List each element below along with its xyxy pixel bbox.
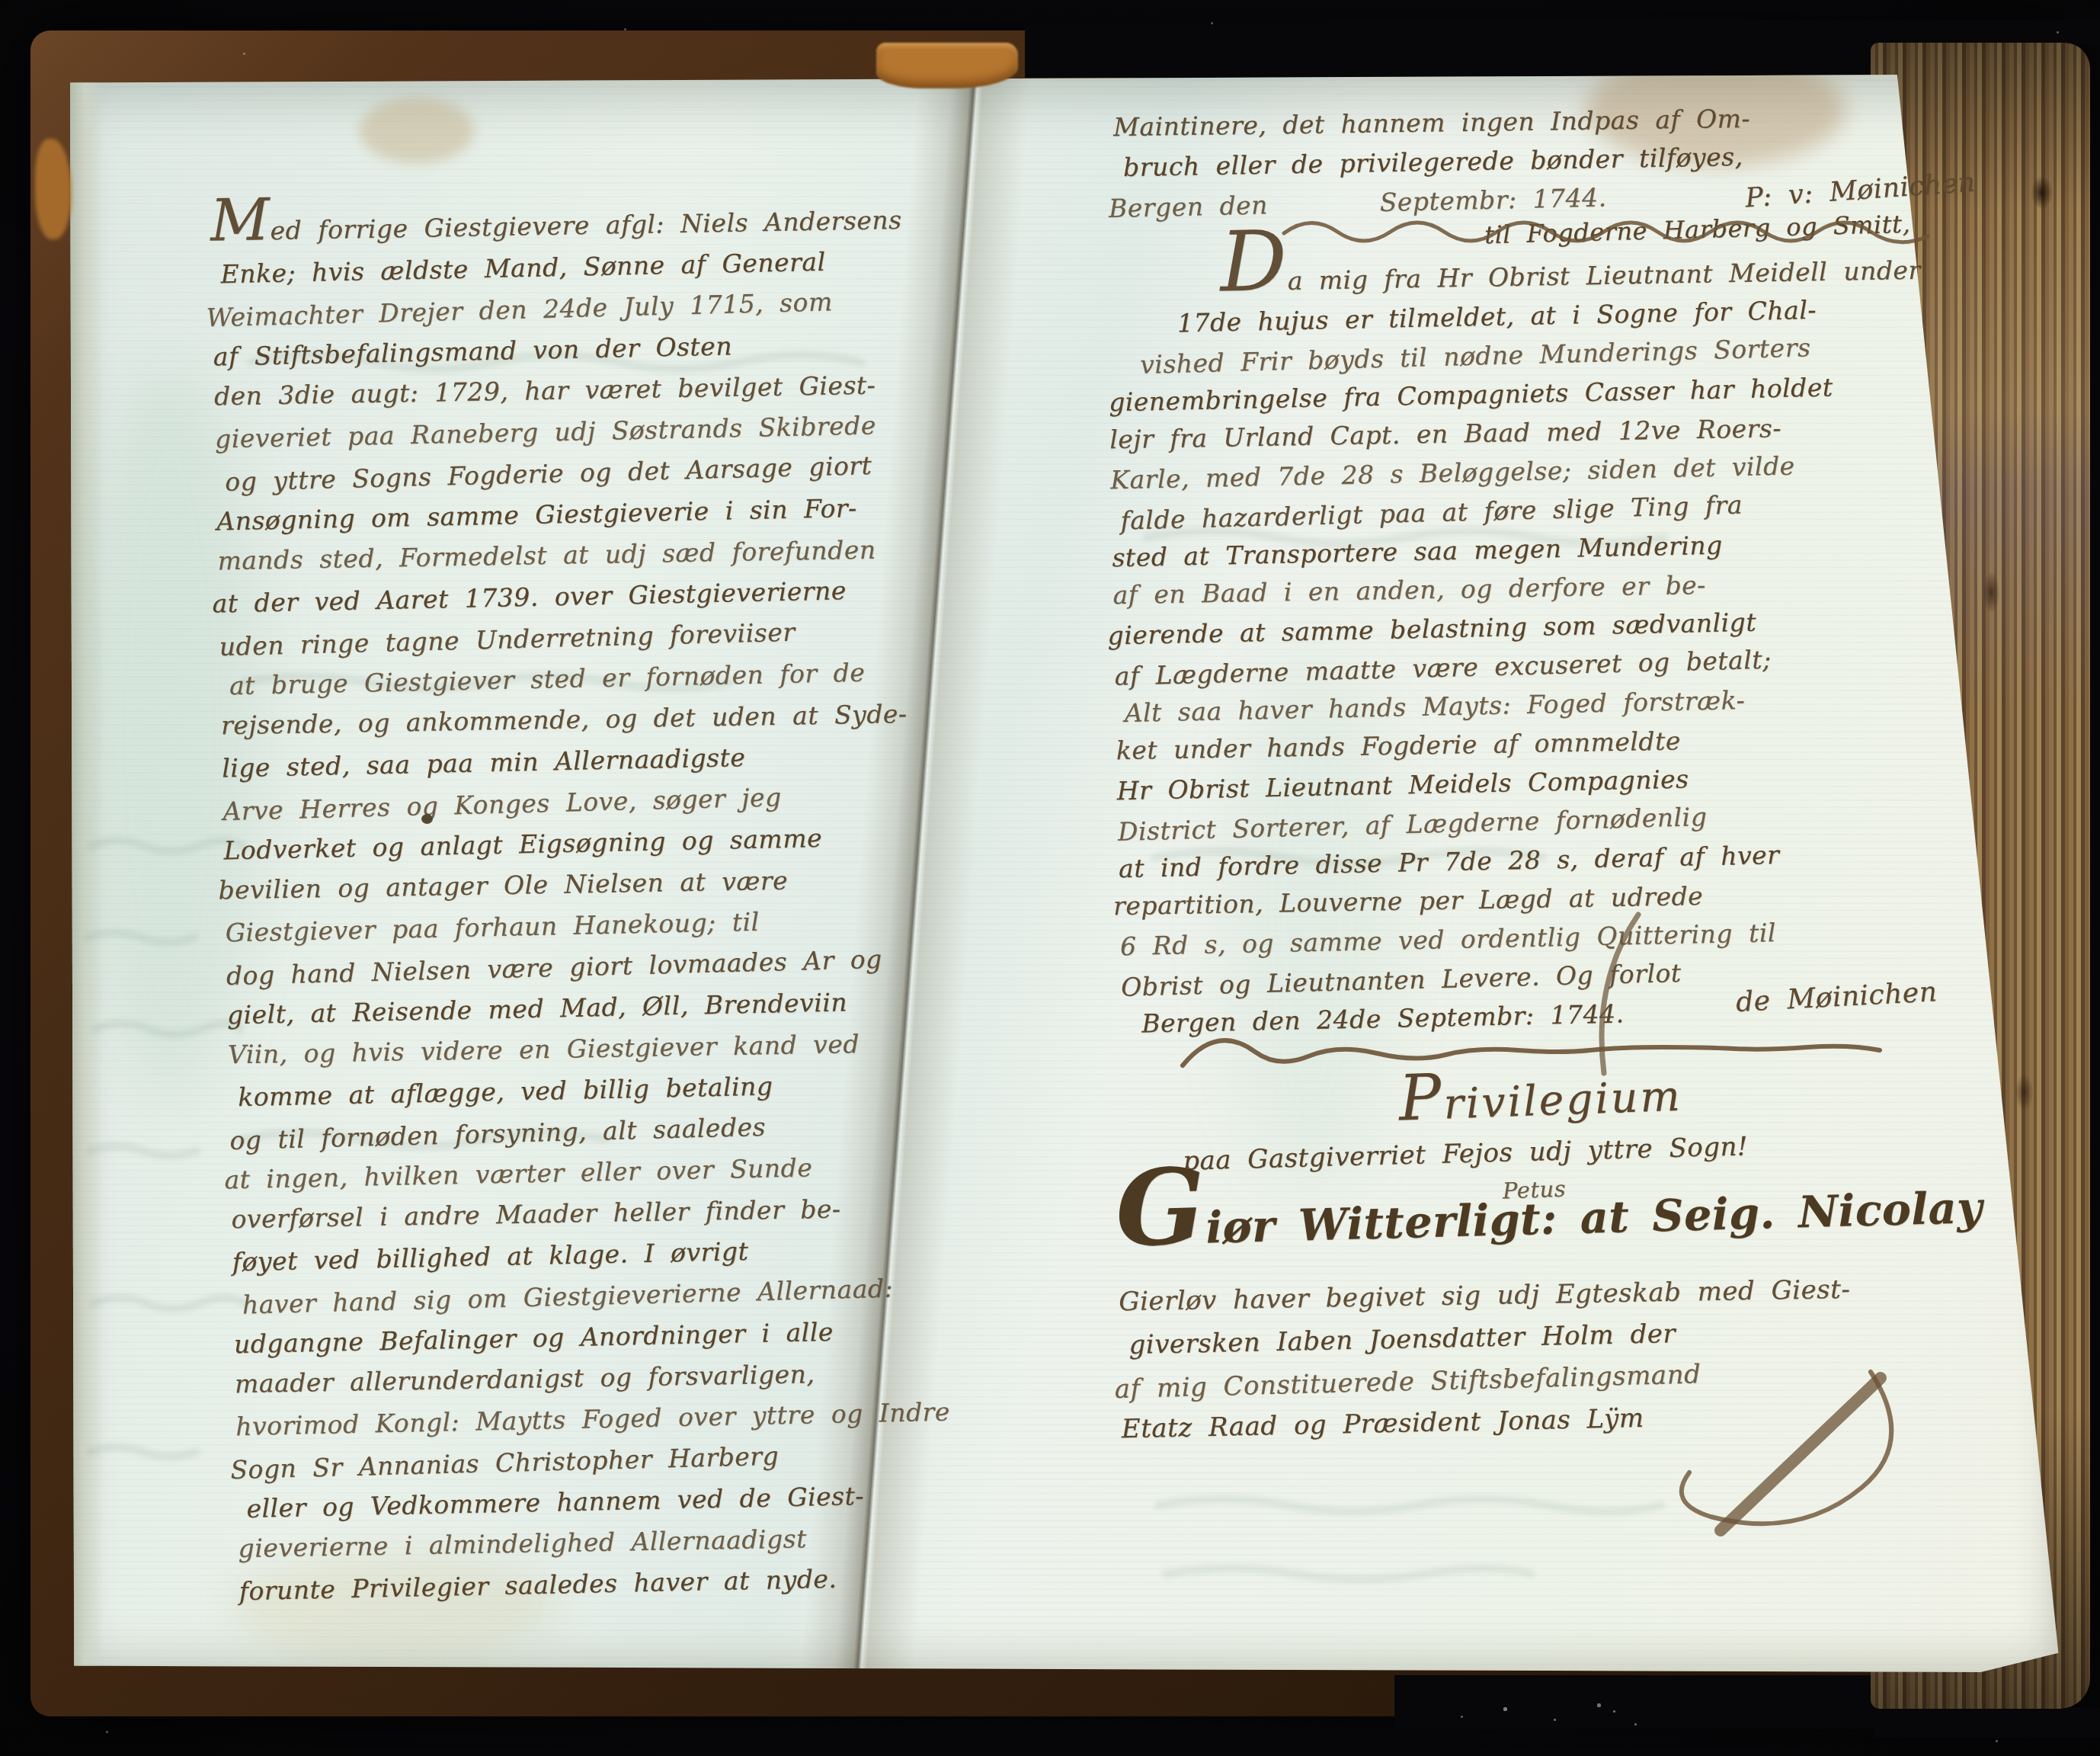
- right-page-order-paragraph: Da mig fra Hr Obrist Lieutnant Meidell u…: [1106, 249, 1941, 1043]
- privilegium-heading: Privilegium: [1398, 1072, 1683, 1130]
- background-shadow: [1874, 1707, 2100, 1738]
- left-page-text-block: Med forrige Giestgievere afgl: Niels And…: [210, 196, 1066, 1612]
- background-shadow: [1025, 20, 1882, 78]
- manuscript-photo: Med forrige Giestgievere afgl: Niels And…: [0, 0, 2100, 1756]
- page-left-edge-strip: [70, 75, 104, 1672]
- worn-spine-headband: [876, 43, 1018, 88]
- right-page-privilege-paragraph: Gierløv haver begivet sig udj Egteskab m…: [1119, 1266, 1945, 1451]
- background-shadow: [1394, 1675, 1882, 1729]
- dust-specks: [0, 0, 1, 1]
- background-shadow: [1878, 20, 2100, 44]
- paper-stain: [360, 98, 474, 163]
